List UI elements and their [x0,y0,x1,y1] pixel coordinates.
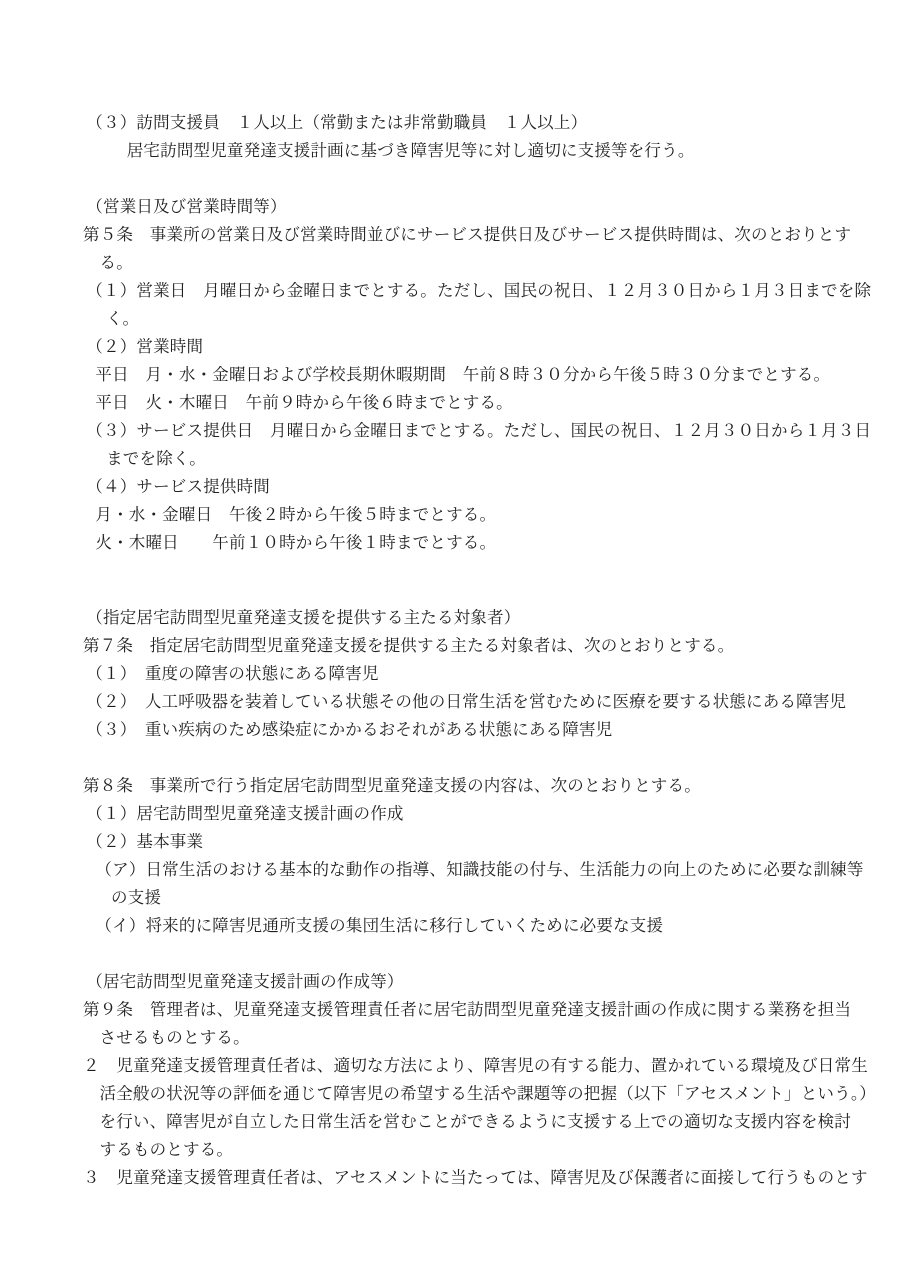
list-item: （ア）日常生活のおける基本的な動作の指導、知識技能の付与、生活能力の向上のために… [95,856,873,884]
continuation-line: 活全般の状況等の評価を通じて障害児の希望する生活や課題等の把握（以下「アセスメン… [100,1080,874,1108]
section-heading: （営業日及び営業時間等） [86,193,873,221]
list-item: （１） 重度の障害の状態にある障害児 [86,660,873,688]
detail-line: 火・木曜日 午前１０時から午後１時までとする。 [95,529,873,557]
continuation-line: 居宅訪問型児童発達支援計画に基づき障害児等に対し適切に支援等を行う。 [127,137,873,165]
continuation-line: く。 [106,305,873,333]
list-item: （２）基本事業 [86,828,873,856]
document-page: （３）訪問支援員 １人以上（常勤または非常勤職員 １人以上）居宅訪問型児童発達支… [0,0,905,1280]
continuation-line: するものとする。 [100,1136,874,1164]
blank-line [83,557,873,604]
blank-line [83,744,873,772]
list-item: （３）サービス提供日 月曜日から金曜日までとする。ただし、国民の祝日、１２月３０… [86,417,873,445]
document-body: （３）訪問支援員 １人以上（常勤または非常勤職員 １人以上）居宅訪問型児童発達支… [83,109,873,1192]
continuation-line: の支援 [111,884,873,912]
blank-line [83,165,873,193]
article-line: 第８条 事業所で行う指定居宅訪問型児童発達支援の内容は、次のとおりとする。 [83,772,873,800]
detail-line: 平日 火・木曜日 午前９時から午後６時までとする。 [95,389,873,417]
list-item: （１）居宅訪問型児童発達支援計画の作成 [86,800,873,828]
detail-line: 月・水・金曜日 午後２時から午後５時までとする。 [95,501,873,529]
article-line: 第５条 事業所の営業日及び営業時間並びにサービス提供日及びサービス提供時間は、次… [83,221,873,249]
section-heading: （指定居宅訪問型児童発達支援を提供する主たる対象者） [86,604,873,632]
list-item: （１）営業日 月曜日から金曜日までとする。ただし、国民の祝日、１２月３０日から１… [86,277,873,305]
paragraph-line: ３ 児童発達支援管理責任者は、アセスメントに当たっては、障害児及び保護者に面接し… [83,1164,873,1192]
continuation-line: る。 [100,249,874,277]
blank-line [83,940,873,968]
list-item: （イ）将来的に障害児通所支援の集団生活に移行していくために必要な支援 [95,912,873,940]
continuation-line: させるものとする。 [100,1024,874,1052]
continuation-line: を行い、障害児が自立した日常生活を営むことができるように支援する上での適切な支援… [100,1108,874,1136]
list-item: （２）営業時間 [86,333,873,361]
article-line: 第７条 指定居宅訪問型児童発達支援を提供する主たる対象者は、次のとおりとする。 [83,632,873,660]
list-item: （３） 重い疾病のため感染症にかかるおそれがある状態にある障害児 [86,716,873,744]
continuation-line: までを除く。 [106,445,873,473]
article-line: 第９条 管理者は、児童発達支援管理責任者に居宅訪問型児童発達支援計画の作成に関す… [83,996,873,1024]
list-item: （２） 人工呼吸器を装着している状態その他の日常生活を営むために医療を要する状態… [86,688,873,716]
list-item: （３）訪問支援員 １人以上（常勤または非常勤職員 １人以上） [86,109,873,137]
paragraph-line: ２ 児童発達支援管理責任者は、適切な方法により、障害児の有する能力、置かれている… [83,1052,873,1080]
list-item: （４）サービス提供時間 [86,473,873,501]
section-heading: （居宅訪問型児童発達支援計画の作成等） [86,968,873,996]
detail-line: 平日 月・水・金曜日および学校長期休暇期間 午前８時３０分から午後５時３０分まで… [95,361,873,389]
